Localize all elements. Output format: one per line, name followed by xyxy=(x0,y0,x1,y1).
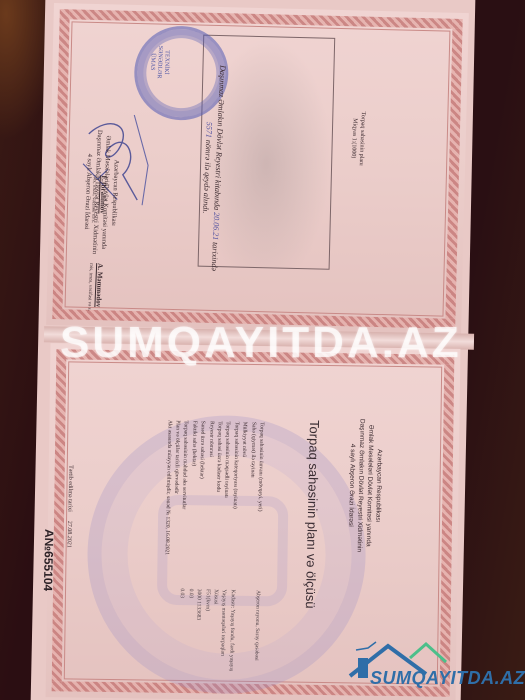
field-value: Xüsusi xyxy=(211,589,220,604)
seal-line: SƏNƏDLƏR xyxy=(155,46,163,79)
serial-number: A№655104 xyxy=(41,529,56,591)
issue-date-value: 27.08.2021 xyxy=(66,521,73,548)
issue-date-label: Tərtib edilmə tarixi xyxy=(66,465,73,512)
field-value: 0.03 xyxy=(186,589,195,599)
registration-date: 20.06.21 xyxy=(211,212,221,240)
certificate-page-registration: Torpaq sahəsinin planı Miqyas 1:(1000) T… xyxy=(46,3,469,335)
field-value: 0.03 xyxy=(178,588,187,598)
field-value: Abşeron rayonu, Saray qəsəbəsi xyxy=(252,590,262,661)
document-header: Azərbaycan Respublikası Əmlak Məsələləri… xyxy=(346,419,385,553)
registration-suffix: tarixində xyxy=(210,242,220,271)
field-list: Torpaq sahəsinin ünvanı (mövqeyi, yeri)A… xyxy=(159,420,266,672)
seal-line: TEXNİKİ xyxy=(162,46,170,79)
watermark-logo-text: SUMQAYITDA.AZ xyxy=(370,668,525,689)
watermark-text: SUMQAYITDA.AZ xyxy=(60,318,462,368)
registration-line2: nömrə ilə qeydə alındı. xyxy=(201,140,213,214)
registration-number: 5571 xyxy=(204,122,214,138)
seal-text: TEXNİKİ SƏNƏDLƏR ÜMAS xyxy=(148,45,170,79)
field-value: F51(kvm) xyxy=(203,589,212,611)
field-value: Yaşayış məntəqələri torpaqları xyxy=(218,589,228,656)
field-value: 3000 1133683 xyxy=(194,589,203,621)
map-caption: Torpaq sahəsinin planı Miqyas 1:(1000) xyxy=(349,111,367,166)
